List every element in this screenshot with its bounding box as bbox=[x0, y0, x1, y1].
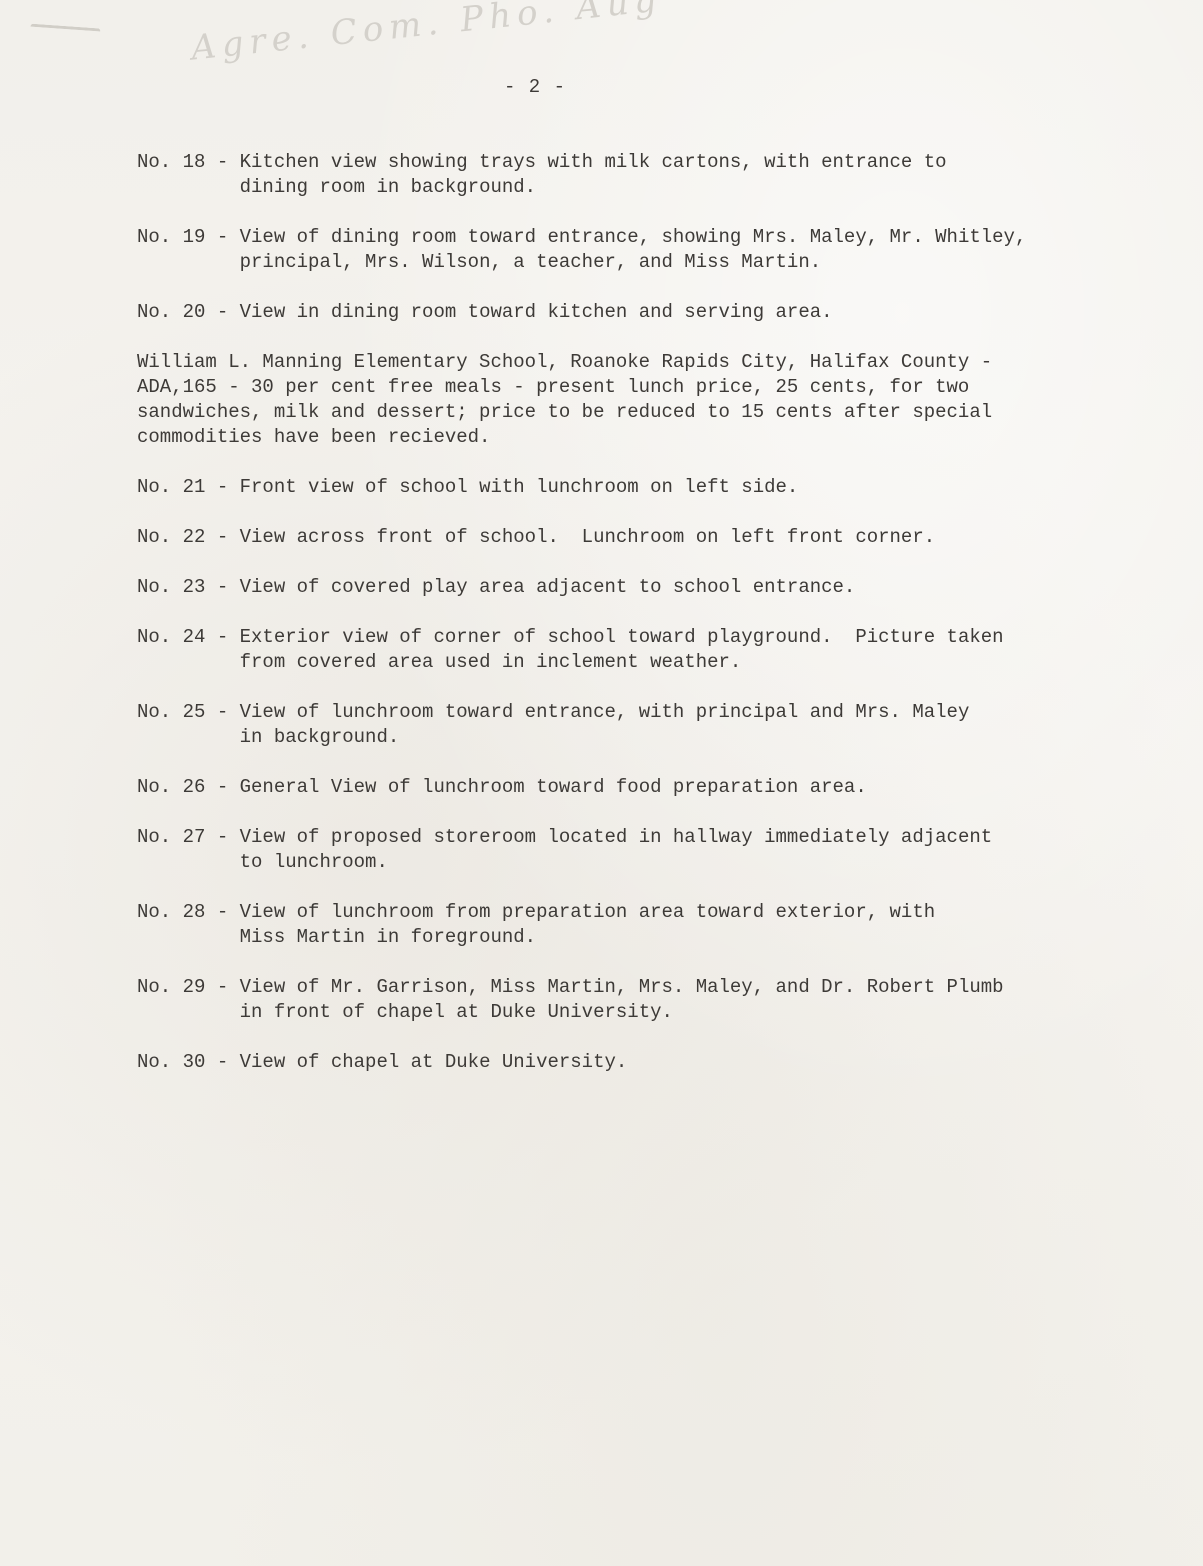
photo-entry: No. 20 - View in dining room toward kitc… bbox=[137, 300, 1137, 325]
description-line: Miss Martin in foreground. bbox=[240, 925, 1137, 950]
photo-entry: No. 24 - Exterior view of corner of scho… bbox=[137, 625, 1137, 675]
paragraph-line: ADA,165 - 30 per cent free meals - prese… bbox=[137, 375, 1137, 400]
photo-description: View of chapel at Duke University. bbox=[240, 1050, 1137, 1075]
paragraph-line: commodities have been recieved. bbox=[137, 425, 1137, 450]
description-line: dining room in background. bbox=[240, 175, 1137, 200]
description-line: View of covered play area adjacent to sc… bbox=[240, 575, 1137, 600]
photo-description: View of proposed storeroom located in ha… bbox=[240, 825, 1137, 875]
photo-entry: No. 25 - View of lunchroom toward entran… bbox=[137, 700, 1137, 750]
photo-description: View of lunchroom toward entrance, with … bbox=[240, 700, 1137, 750]
photo-entry: No. 19 - View of dining room toward entr… bbox=[137, 225, 1137, 275]
description-line: View of chapel at Duke University. bbox=[240, 1050, 1137, 1075]
photo-entry: No. 28 - View of lunchroom from preparat… bbox=[137, 900, 1137, 950]
photo-description: View of lunchroom from preparation area … bbox=[240, 900, 1137, 950]
photo-number: No. 18 - bbox=[137, 150, 240, 200]
photo-description: Front view of school with lunchroom on l… bbox=[240, 475, 1137, 500]
photo-list-before: No. 18 - Kitchen view showing trays with… bbox=[137, 150, 1137, 325]
description-line: View across front of school. Lunchroom o… bbox=[240, 525, 1137, 550]
photo-description: View in dining room toward kitchen and s… bbox=[240, 300, 1137, 325]
paragraph-line: William L. Manning Elementary School, Ro… bbox=[137, 350, 1137, 375]
photo-entry: No. 29 - View of Mr. Garrison, Miss Mart… bbox=[137, 975, 1137, 1025]
photo-entry: No. 30 - View of chapel at Duke Universi… bbox=[137, 1050, 1137, 1075]
photo-list-after: No. 21 - Front view of school with lunch… bbox=[137, 475, 1137, 1075]
description-line: to lunchroom. bbox=[240, 850, 1137, 875]
description-line: Front view of school with lunchroom on l… bbox=[240, 475, 1137, 500]
description-line: Kitchen view showing trays with milk car… bbox=[240, 150, 1137, 175]
photo-number: No. 27 - bbox=[137, 825, 240, 875]
description-line: View of Mr. Garrison, Miss Martin, Mrs. … bbox=[240, 975, 1137, 1000]
description-line: View in dining room toward kitchen and s… bbox=[240, 300, 1137, 325]
description-line: View of proposed storeroom located in ha… bbox=[240, 825, 1137, 850]
photo-entry: No. 23 - View of covered play area adjac… bbox=[137, 575, 1137, 600]
description-line: Exterior view of corner of school toward… bbox=[240, 625, 1137, 650]
photo-description: General View of lunchroom toward food pr… bbox=[240, 775, 1137, 800]
photo-number: No. 30 - bbox=[137, 1050, 240, 1075]
photo-description: View across front of school. Lunchroom o… bbox=[240, 525, 1137, 550]
photo-number: No. 26 - bbox=[137, 775, 240, 800]
photo-entry: No. 22 - View across front of school. Lu… bbox=[137, 525, 1137, 550]
photo-number: No. 22 - bbox=[137, 525, 240, 550]
photo-number: No. 20 - bbox=[137, 300, 240, 325]
description-line: General View of lunchroom toward food pr… bbox=[240, 775, 1137, 800]
page-number: - 2 - bbox=[504, 76, 566, 98]
description-line: from covered area used in inclement weat… bbox=[240, 650, 1137, 675]
photo-description: View of covered play area adjacent to sc… bbox=[240, 575, 1137, 600]
photo-entry: No. 21 - Front view of school with lunch… bbox=[137, 475, 1137, 500]
description-line: View of lunchroom from preparation area … bbox=[240, 900, 1137, 925]
photo-description: Kitchen view showing trays with milk car… bbox=[240, 150, 1137, 200]
photo-description: View of Mr. Garrison, Miss Martin, Mrs. … bbox=[240, 975, 1137, 1025]
photo-entry: No. 26 - General View of lunchroom towar… bbox=[137, 775, 1137, 800]
description-line: in background. bbox=[240, 725, 1137, 750]
photo-description: Exterior view of corner of school toward… bbox=[240, 625, 1137, 675]
photo-number: No. 23 - bbox=[137, 575, 240, 600]
photo-number: No. 19 - bbox=[137, 225, 240, 275]
photo-description: View of dining room toward entrance, sho… bbox=[240, 225, 1137, 275]
description-line: View of lunchroom toward entrance, with … bbox=[240, 700, 1137, 725]
photo-number: No. 24 - bbox=[137, 625, 240, 675]
photo-number: No. 25 - bbox=[137, 700, 240, 750]
description-line: in front of chapel at Duke University. bbox=[240, 1000, 1137, 1025]
description-line: View of dining room toward entrance, sho… bbox=[240, 225, 1137, 250]
photo-entry: No. 18 - Kitchen view showing trays with… bbox=[137, 150, 1137, 200]
paragraph-line: sandwiches, milk and dessert; price to b… bbox=[137, 400, 1137, 425]
photo-number: No. 21 - bbox=[137, 475, 240, 500]
photo-number: No. 28 - bbox=[137, 900, 240, 950]
school-description: William L. Manning Elementary School, Ro… bbox=[137, 350, 1137, 450]
photo-number: No. 29 - bbox=[137, 975, 240, 1025]
photo-entry: No. 27 - View of proposed storeroom loca… bbox=[137, 825, 1137, 875]
description-line: principal, Mrs. Wilson, a teacher, and M… bbox=[240, 250, 1137, 275]
document-body: No. 18 - Kitchen view showing trays with… bbox=[137, 150, 1137, 1100]
